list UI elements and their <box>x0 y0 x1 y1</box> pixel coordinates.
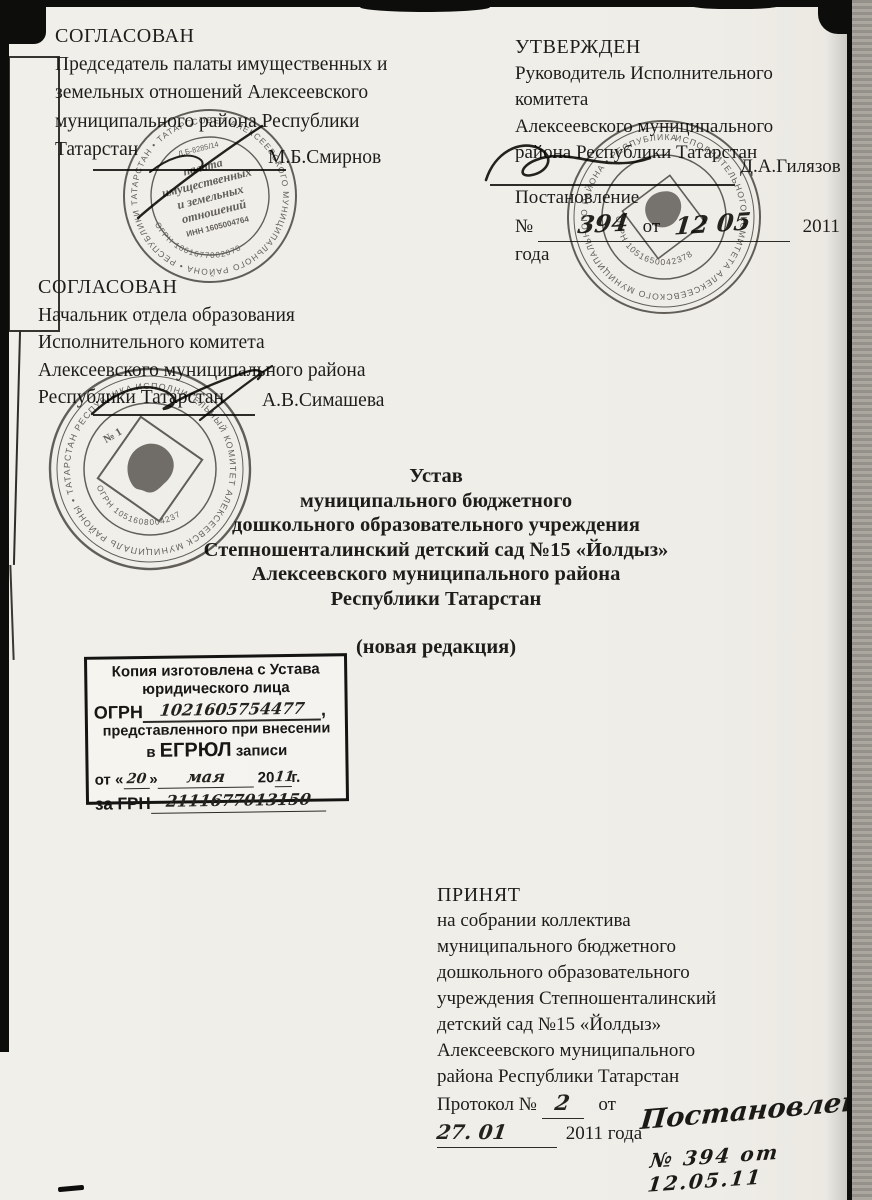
protocol-number-handwritten: 2 <box>554 1090 572 1116</box>
accepted-year-text: 2011 года <box>566 1123 642 1144</box>
stamp2-emblem-figure <box>643 188 683 229</box>
day-handwritten: 20 <box>126 771 148 788</box>
copybox-ogrn-row: ОГРН 1021605754477 , <box>94 696 339 724</box>
accepted-line: дошкольного образовательного <box>437 960 837 986</box>
copybox-line1: Копия изготовлена с Устава <box>93 660 338 681</box>
agree2-status: СОГЛАСОВАН <box>38 274 468 302</box>
egrul-word: ЕГРЮЛ <box>160 739 232 762</box>
accepted-status: ПРИНЯТ <box>437 882 837 908</box>
ogrn-comma: , <box>321 700 326 721</box>
ogrn-value-handwritten: 1021605754477 <box>158 699 305 720</box>
ogrn-label: ОГРН <box>94 702 144 724</box>
accepted-date-blank: 27. 01 <box>437 1119 557 1148</box>
agree1-line: Председатель палаты имущественных и <box>55 51 470 80</box>
agree1-status: СОГЛАСОВАН <box>55 22 470 51</box>
title-line: Республики Татарстан <box>86 587 786 612</box>
scan-dash-bottom-left <box>58 1185 84 1192</box>
protocol-number-blank: 2 <box>542 1090 584 1119</box>
accepted-line: Алексеевского муниципального <box>437 1038 837 1064</box>
scan-edge-left <box>0 0 9 1052</box>
scan-edge-top-blob-2 <box>690 0 780 9</box>
stamp3-number: № 1 <box>101 426 124 446</box>
protocol-ot-word: от <box>598 1094 616 1115</box>
copybox-date-row: от « 20 » мая 2011 г. <box>94 761 339 789</box>
accepted-line: района Республики Татарстан <box>437 1064 837 1090</box>
round-stamp-executive-committee-right: ИСПОЛНИТЕЛЬНОГО КОМИТЕТА АЛЕКСЕЕВСКОГО М… <box>551 104 777 330</box>
grn-value-handwritten: 2111677013150 <box>165 791 312 812</box>
agree2-signer-name: А.В.Симашева <box>262 390 384 412</box>
stamp3-emblem-figure <box>123 440 178 496</box>
round-stamp-executive-committee-left: ИСПОЛНИТЕЛЬНЫЙ КОМИТЕТ АЛЕКСЕЕВСК МУНИЦИ… <box>28 347 271 590</box>
stamp1-ref-number: Д.Б-8285/14 <box>177 140 220 159</box>
approve-line: комитета <box>515 87 860 114</box>
v-word: в <box>146 744 155 761</box>
month-blank: мая <box>158 768 254 789</box>
year-blank: 11 <box>274 768 291 787</box>
accepted-line: муниципального бюджетного <box>437 934 837 960</box>
left-page-edge-wave-1 <box>13 330 21 565</box>
accepted-date-handwritten: 27. 01 <box>435 1119 508 1145</box>
day-blank: 20 <box>123 770 149 789</box>
agree2-line: Начальник отдела образования <box>38 302 468 330</box>
approve-year: 2011 <box>803 216 840 237</box>
scan-band-right <box>852 0 872 1200</box>
ogrn-blank: 1021605754477 <box>143 699 321 723</box>
accepted-line: учреждения Степношенталинский <box>437 986 837 1012</box>
approve-number-sign: № <box>515 216 533 237</box>
scan-edge-top-blob-1 <box>360 2 490 12</box>
month-handwritten: мая <box>185 768 226 787</box>
registry-copy-stamp-box: Копия изготовлена с Устава юридического … <box>84 653 349 805</box>
year-print: 20 <box>258 770 275 788</box>
accepted-line: детский сад №15 «Йолдыз» <box>437 1012 837 1038</box>
zapisi-word: записи <box>236 742 288 760</box>
approve-line: Руководитель Исполнительного <box>515 61 860 88</box>
copybox-grn-row: за ГРН 2111677013150 <box>95 786 340 814</box>
protocol-label: Протокол № <box>437 1094 537 1115</box>
agree2-line: Исполнительного комитета <box>38 329 468 357</box>
copybox-egrul-row: в ЕГРЮЛ записи <box>94 738 339 765</box>
scanned-document-page: СОГЛАСОВАН Председатель палаты имуществе… <box>0 0 872 1200</box>
ot-open-quote: от « <box>95 772 124 790</box>
approve-status: УТВЕРЖДЕН <box>515 34 860 61</box>
close-quote: » <box>149 771 158 789</box>
grn-label: за ГРН <box>95 794 151 815</box>
grn-blank: 2111677013150 <box>151 791 326 814</box>
accepted-line: на собрании коллектива <box>437 908 837 934</box>
year-handwritten: 11 <box>273 769 295 786</box>
left-page-edge-wave-2 <box>9 565 14 660</box>
